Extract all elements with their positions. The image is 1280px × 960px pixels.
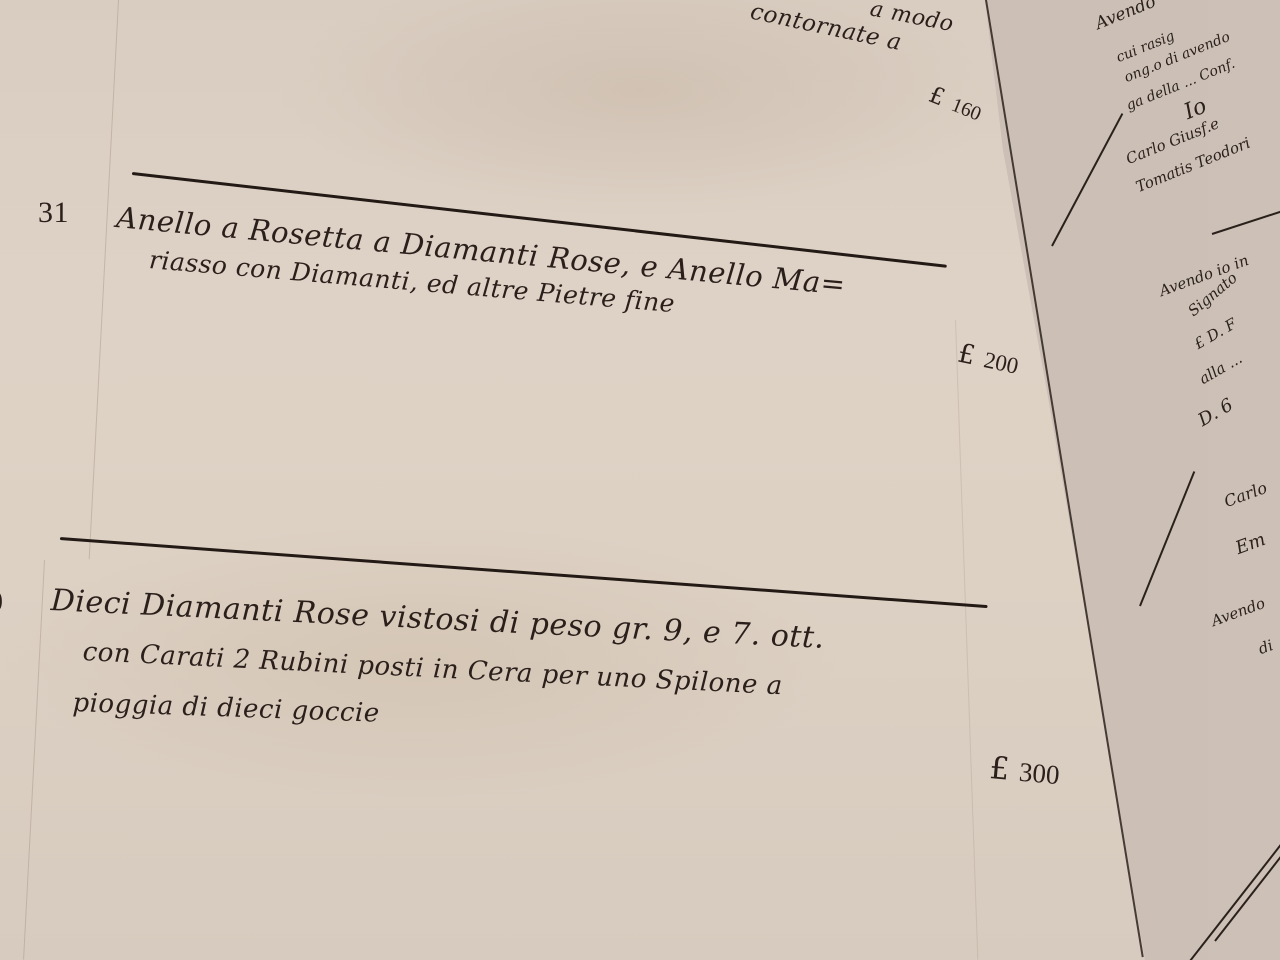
entry-amount: £300	[988, 750, 1061, 792]
margin-rule	[23, 560, 45, 960]
lira-symbol-icon: £	[988, 750, 1011, 788]
manuscript-photo: Avendo cui rasig ong.o di avendo ga dell…	[0, 0, 1280, 960]
entry-number: 31	[38, 196, 69, 230]
margin-rule	[955, 320, 978, 960]
entry-number: 0	[0, 585, 4, 619]
amount-value: 300	[1018, 757, 1061, 790]
margin-rule	[89, 0, 119, 559]
amount-value: 200	[982, 347, 1021, 379]
